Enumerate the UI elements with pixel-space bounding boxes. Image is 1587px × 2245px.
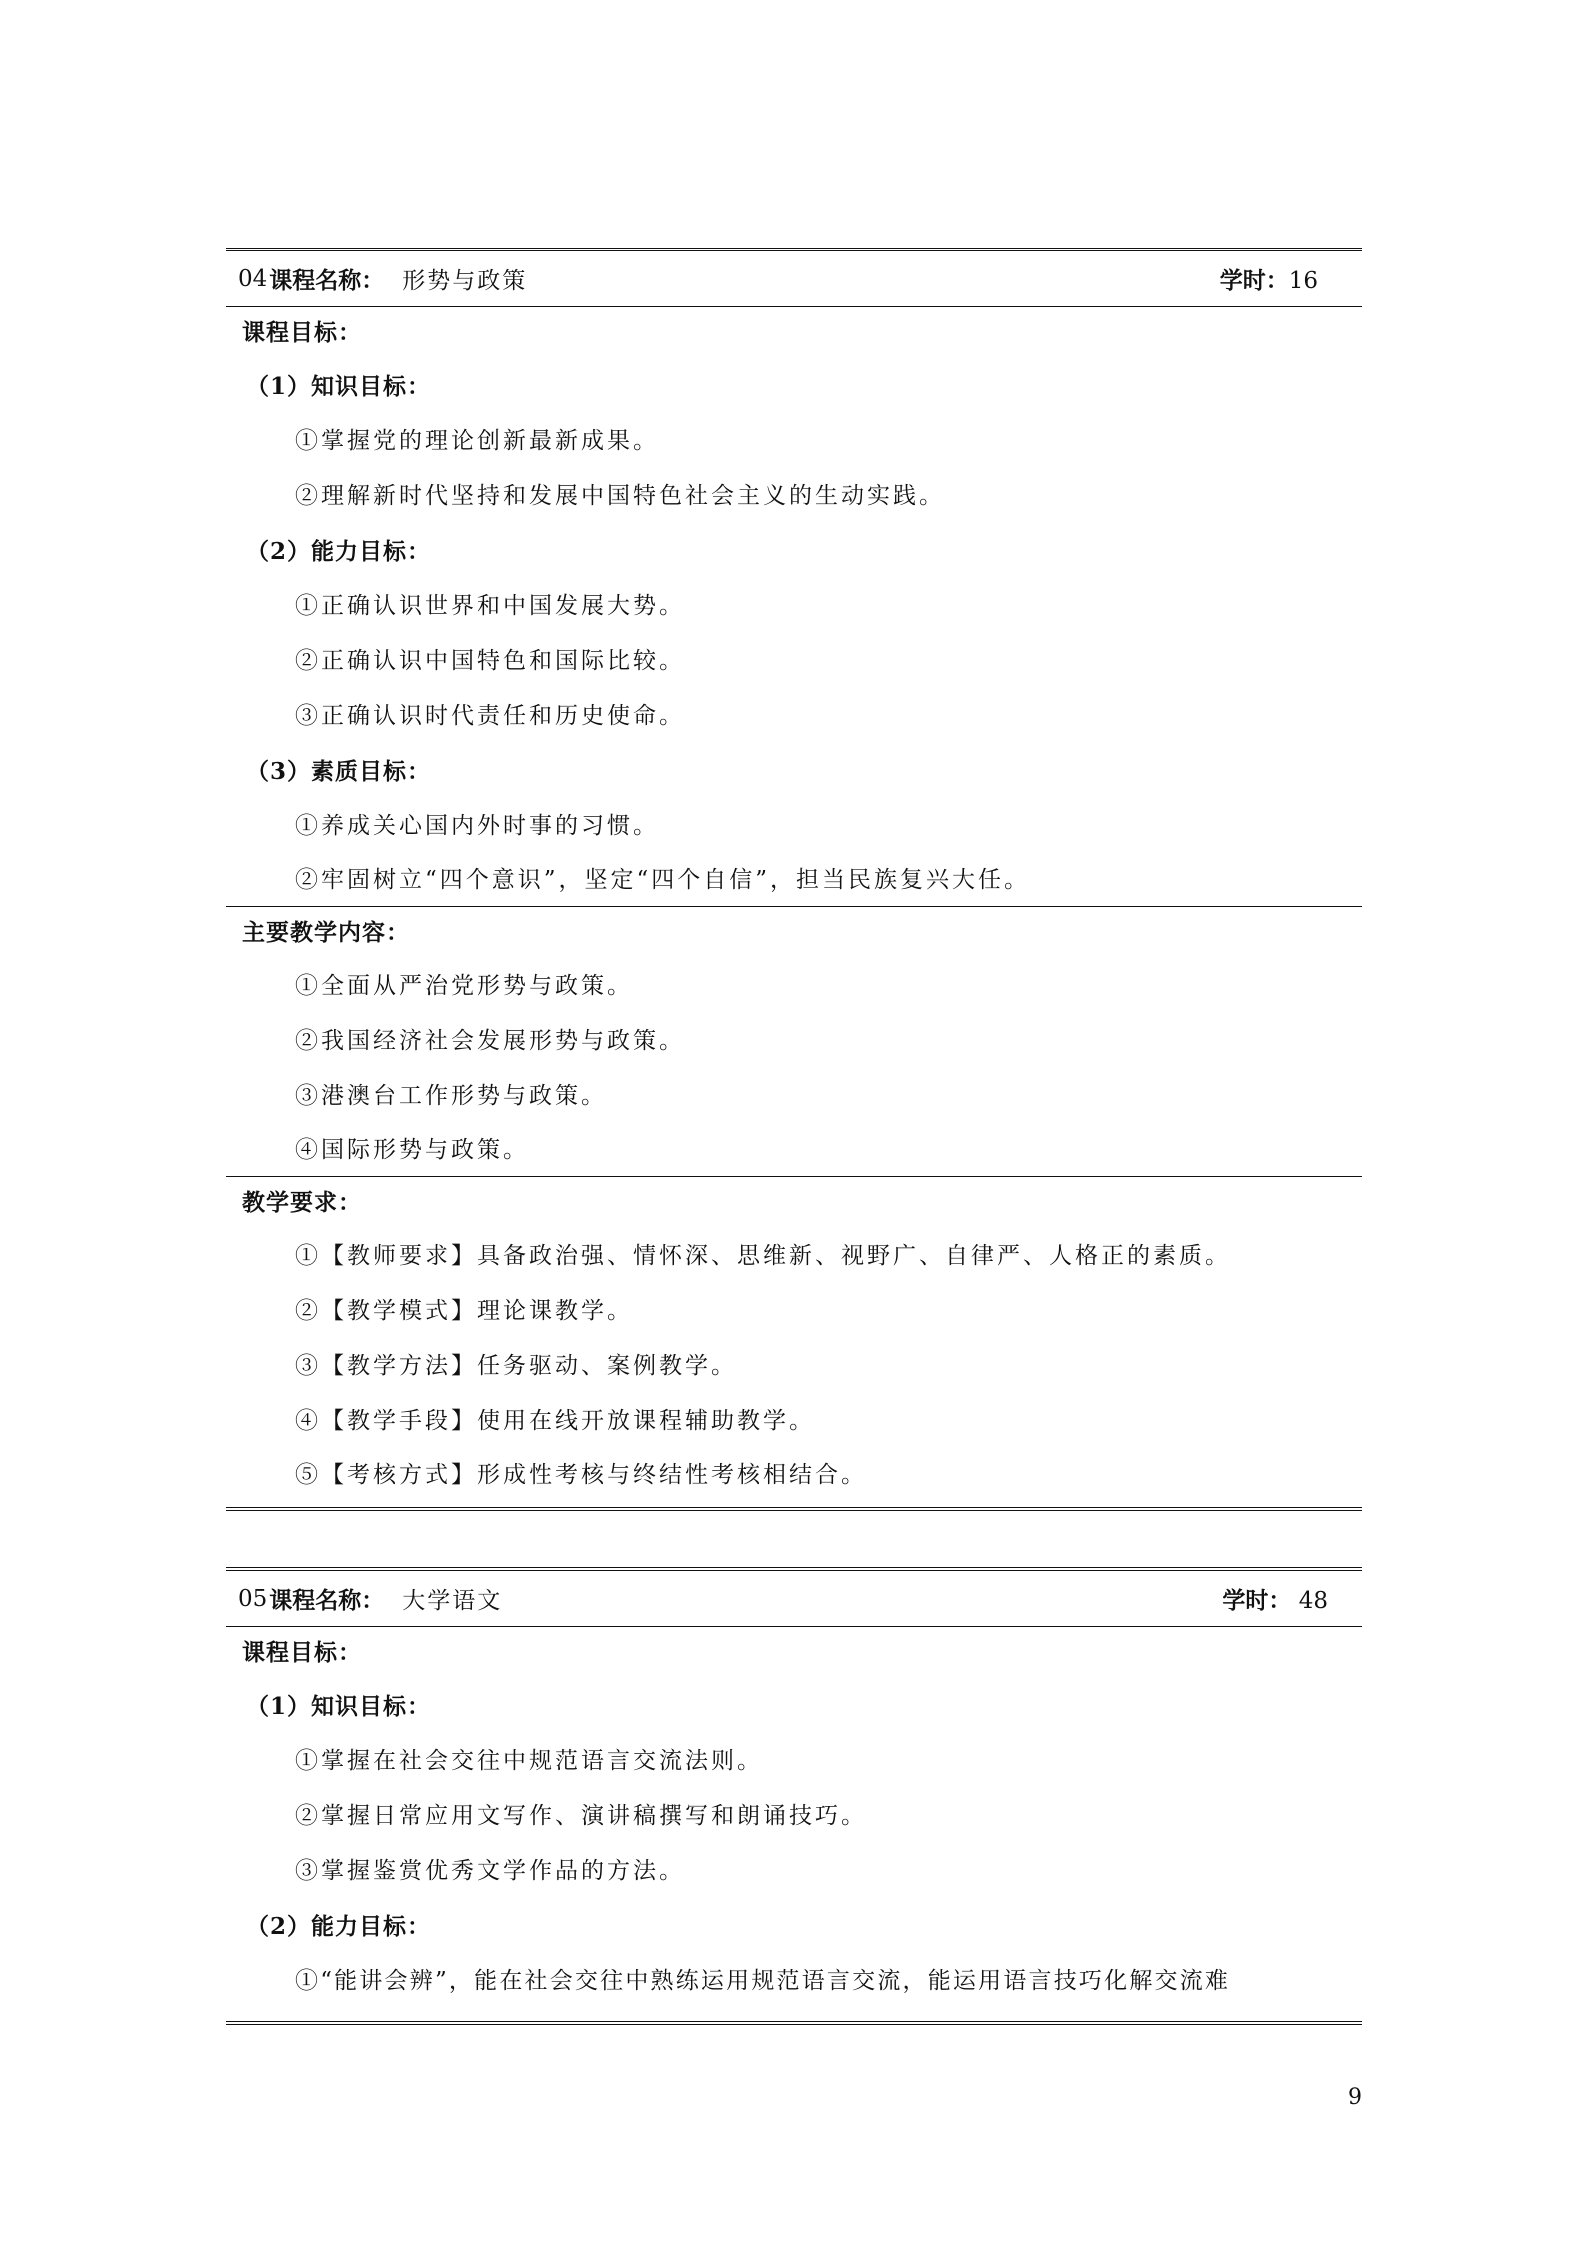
course-header: 04 课程名称： 形势与政策 学时：16 <box>226 251 1362 306</box>
course-name: 大学语文 <box>402 1582 502 1615</box>
list-item: ①养成关心国内外时事的习惯。 <box>226 799 1362 854</box>
list-item: ③掌握鉴赏优秀文学作品的方法。 <box>226 1844 1362 1899</box>
list-item: ②牢固树立“四个意识”，坚定“四个自信”，担当民族复兴大任。 <box>226 854 1362 906</box>
hours-label: 学时： <box>1222 1587 1291 1614</box>
course-05-table: 05 课程名称： 大学语文 学时： 48 课程目标： （1）知识目标： ①掌握在… <box>226 1567 1362 2025</box>
list-item: ②【教学模式】理论课教学。 <box>226 1284 1362 1339</box>
hours-label: 学时： <box>1220 267 1289 294</box>
list-item: ③港澳台工作形势与政策。 <box>226 1069 1362 1124</box>
list-item: ④国际形势与政策。 <box>226 1124 1362 1176</box>
list-item: ②掌握日常应用文写作、演讲稿撰写和朗诵技巧。 <box>226 1789 1362 1844</box>
table-bottom-border <box>226 1507 1362 1511</box>
course-number: 05 <box>238 1586 267 1612</box>
ability-objectives-title: （2）能力目标： <box>226 524 1362 579</box>
course-name: 形势与政策 <box>402 262 527 295</box>
list-item: ①“能讲会辨”，能在社会交往中熟练运用规范语言交流，能运用语言技巧化解交流难 <box>226 1954 1362 2009</box>
course-header: 05 课程名称： 大学语文 学时： 48 <box>226 1571 1362 1626</box>
course-name-label: 课程名称： <box>269 1582 384 1615</box>
list-item: ①【教师要求】具备政治强、情怀深、思维新、视野广、自律严、人格正的素质。 <box>226 1229 1362 1284</box>
hours-value: 48 <box>1291 1588 1328 1614</box>
course-name-label: 课程名称： <box>269 262 384 295</box>
list-item: ④【教学手段】使用在线开放课程辅助教学。 <box>226 1394 1362 1449</box>
list-item: ⑤【考核方式】形成性考核与终结性考核相结合。 <box>226 1449 1362 1489</box>
list-item: ③正确认识时代责任和历史使命。 <box>226 689 1362 744</box>
hours-value: 16 <box>1289 268 1318 294</box>
course-04-table: 04 课程名称： 形势与政策 学时：16 课程目标： （1）知识目标： ①掌握党… <box>226 248 1362 1511</box>
list-item: ②理解新时代坚持和发展中国特色社会主义的生动实践。 <box>226 469 1362 524</box>
list-item: ③【教学方法】任务驱动、案例教学。 <box>226 1339 1362 1394</box>
course-number: 04 <box>238 266 267 292</box>
list-item: ①掌握党的理论创新最新成果。 <box>226 414 1362 469</box>
list-item: ②正确认识中国特色和国际比较。 <box>226 634 1362 689</box>
list-item: ①正确认识世界和中国发展大势。 <box>226 579 1362 634</box>
knowledge-objectives-title: （1）知识目标： <box>226 359 1362 414</box>
list-item: ①掌握在社会交往中规范语言交流法则。 <box>226 1734 1362 1789</box>
list-item: ①全面从严治党形势与政策。 <box>226 959 1362 1014</box>
objectives-title: 课程目标： <box>226 307 1362 359</box>
content-title: 主要教学内容： <box>226 907 1362 959</box>
requirements-title: 教学要求： <box>226 1177 1362 1229</box>
quality-objectives-title: （3）素质目标： <box>226 744 1362 799</box>
page-number: 9 <box>1348 2085 1362 2110</box>
ability-objectives-title: （2）能力目标： <box>226 1899 1362 1954</box>
knowledge-objectives-title: （1）知识目标： <box>226 1679 1362 1734</box>
list-item: ②我国经济社会发展形势与政策。 <box>226 1014 1362 1069</box>
table-bottom-border <box>226 2021 1362 2025</box>
objectives-title: 课程目标： <box>226 1627 1362 1679</box>
